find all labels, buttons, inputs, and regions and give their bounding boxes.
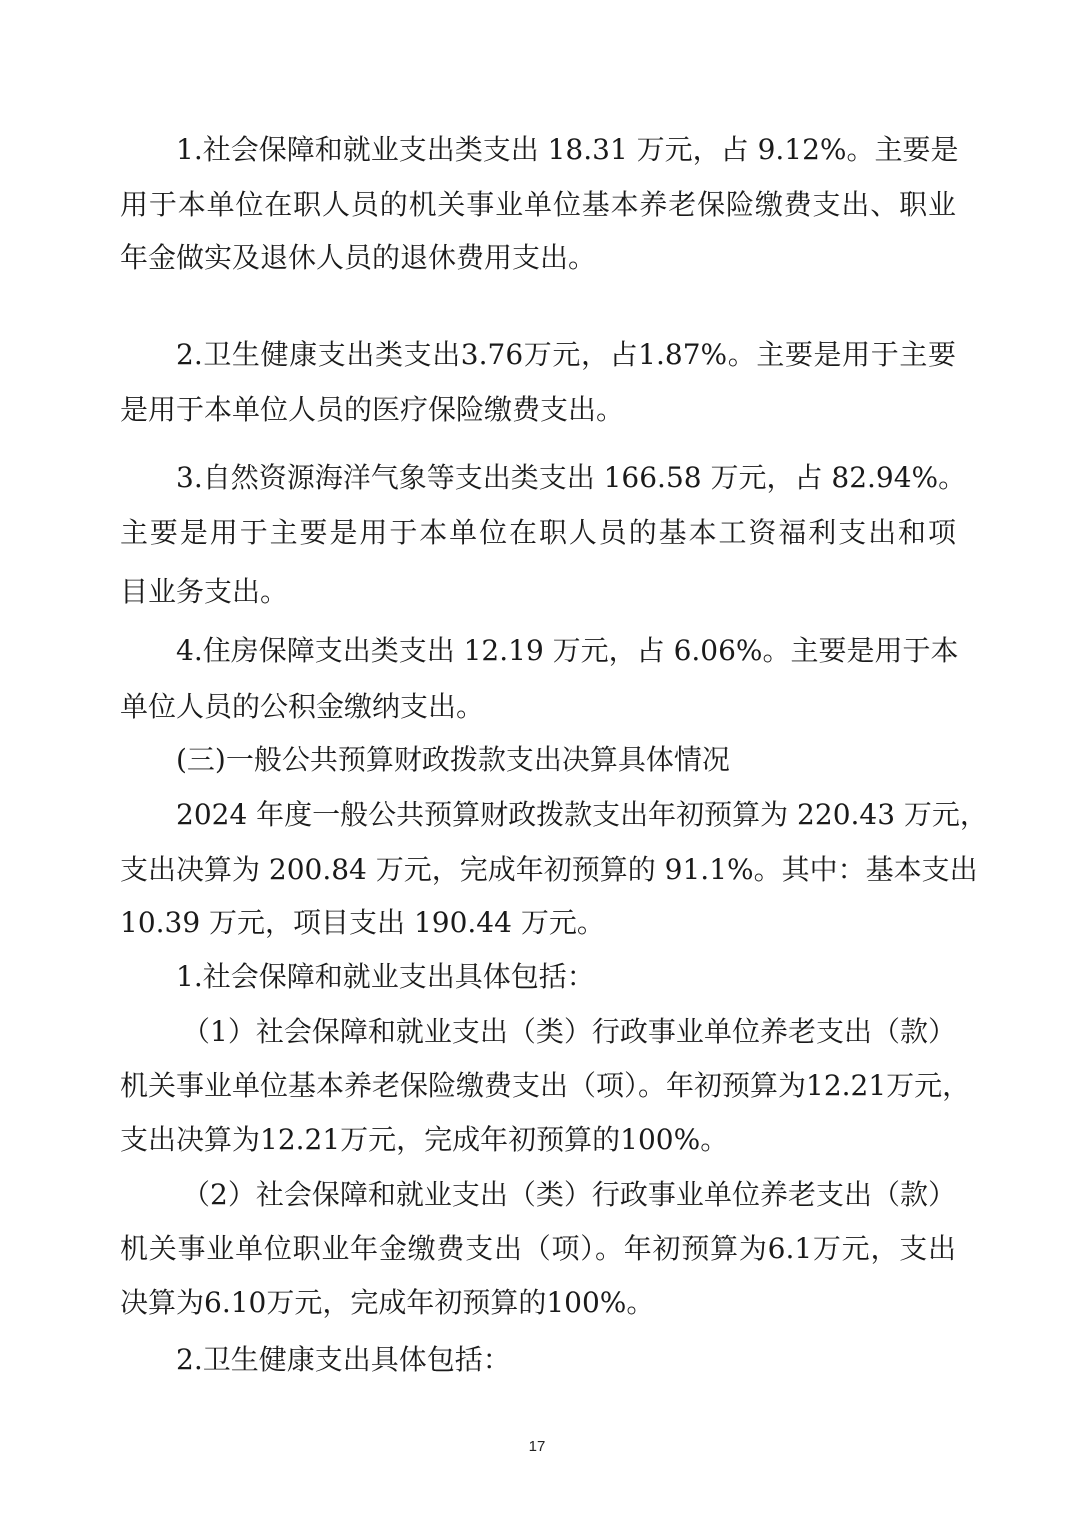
subheading-2: 2.卫生健康支出具体包括： — [176, 1340, 956, 1380]
item-2-line-3: 决算为6.10万元，完成年初预算的100%。 — [120, 1283, 956, 1323]
paragraph-2-line-2: 是用于本单位人员的医疗保险缴费支出。 — [120, 390, 956, 430]
paragraph-2-line-1: 2.卫生健康支出类支出3.76万元，占1.87%。主要是用于主要 — [176, 335, 956, 375]
paragraph-1-line-1: 1.社会保障和就业支出类支出 18.31 万元，占 9.12%。主要是 — [176, 130, 956, 170]
item-1-line-1: （1）社会保障和就业支出（类）行政事业单位养老支出（款） — [182, 1012, 956, 1052]
subheading-1: 1.社会保障和就业支出具体包括： — [176, 957, 956, 997]
paragraph-1-line-3: 年金做实及退休人员的退休费用支出。 — [120, 238, 956, 278]
item-1-line-3: 支出决算为12.21万元，完成年初预算的100%。 — [120, 1120, 956, 1160]
item-1-line-2: 机关事业单位基本养老保险缴费支出（项）。年初预算为12.21万元， — [120, 1066, 956, 1106]
paragraph-5-line-3: 10.39 万元，项目支出 190.44 万元。 — [120, 903, 956, 943]
paragraph-5-line-1: 2024 年度一般公共预算财政拨款支出年初预算为 220.43 万元， — [176, 795, 956, 835]
paragraph-3-line-3: 目业务支出。 — [120, 572, 956, 612]
paragraph-4-line-1: 4.住房保障支出类支出 12.19 万元，占 6.06%。主要是用于本 — [176, 631, 956, 671]
section-heading: (三)一般公共预算财政拨款支出决算具体情况 — [176, 740, 956, 780]
paragraph-5-line-2: 支出决算为 200.84 万元，完成年初预算的 91.1%。其中：基本支出 — [120, 850, 956, 890]
item-2-line-1: （2）社会保障和就业支出（类）行政事业单位养老支出（款） — [182, 1175, 956, 1215]
paragraph-1-line-2: 用于本单位在职人员的机关事业单位基本养老保险缴费支出、职业 — [120, 185, 956, 225]
paragraph-3-line-2: 主要是用于主要是用于本单位在职人员的基本工资福利支出和项 — [120, 513, 956, 553]
paragraph-4-line-2: 单位人员的公积金缴纳支出。 — [120, 687, 956, 727]
item-2-line-2: 机关事业单位职业年金缴费支出（项）。年初预算为6.1万元，支出 — [120, 1229, 956, 1269]
page-number: 17 — [0, 1438, 1074, 1455]
paragraph-3-line-1: 3.自然资源海洋气象等支出类支出 166.58 万元，占 82.94%。 — [176, 458, 956, 498]
